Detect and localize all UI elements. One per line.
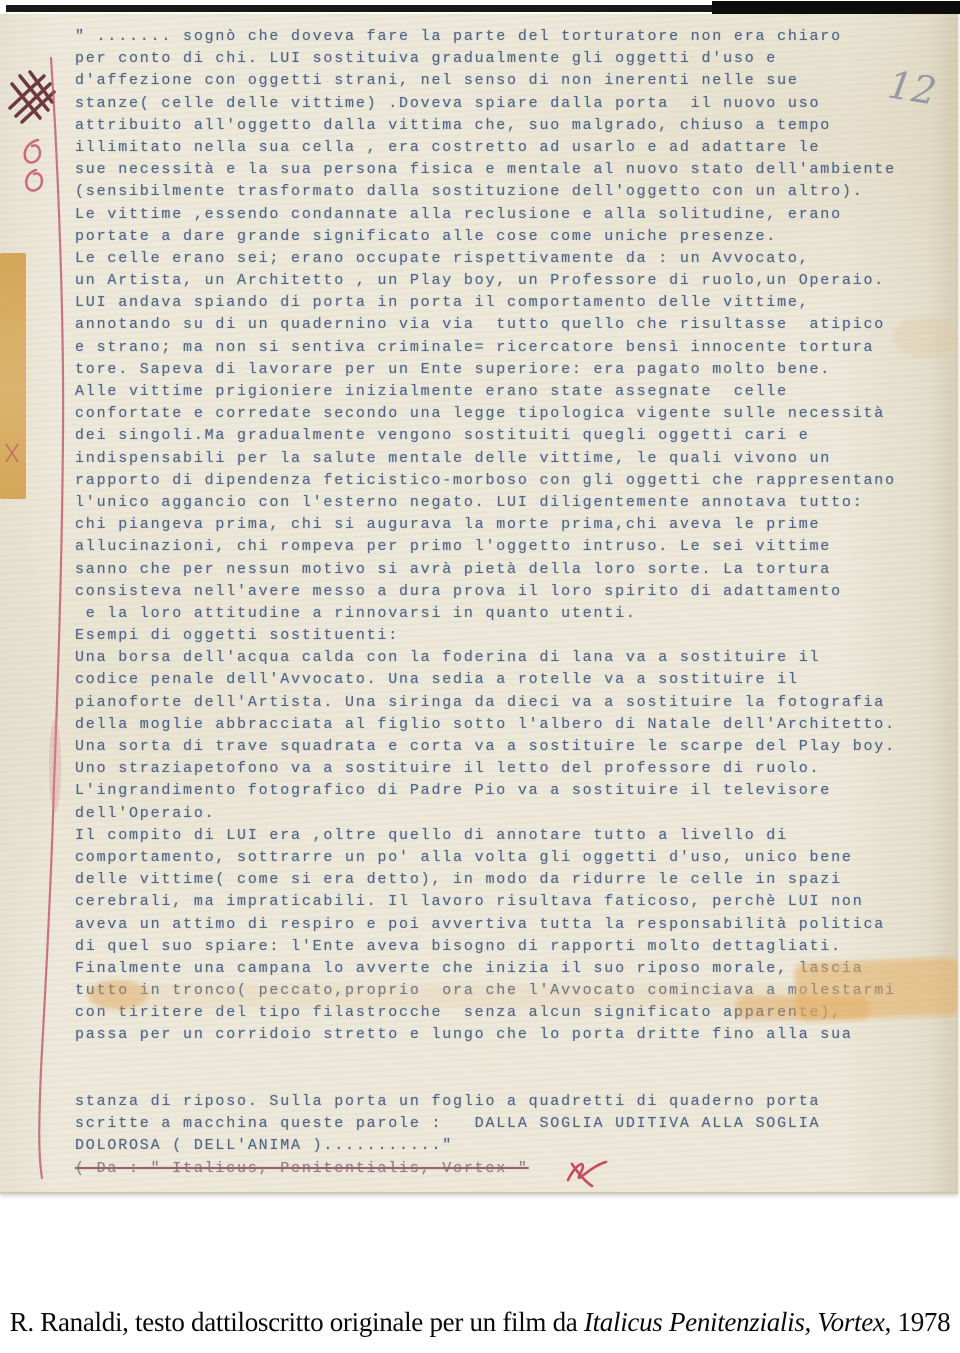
typed-line: sanno che per nessun motivo si avrà piet…	[75, 559, 958, 581]
typed-line: l'unico aggancio con l'esterno negato. L…	[75, 492, 958, 514]
typed-line: della moglie abbracciata al figlio sotto…	[75, 714, 958, 736]
typed-line: comportamento, sottrarre un po' alla vol…	[75, 847, 958, 869]
typed-line: stanze( celle delle vittime) .Doveva spi…	[75, 93, 958, 115]
typed-line	[75, 1069, 958, 1091]
typed-line: aveva un attimo di respiro e poi avverti…	[75, 914, 958, 936]
typed-line: Una sorta di trave squadrata e corta va …	[75, 736, 958, 758]
scan-edge-bar-left	[6, 5, 712, 12]
typed-line: passa per un corridoio stretto e lungo c…	[75, 1024, 958, 1046]
maroon-hatch-scribble	[10, 72, 54, 122]
caption-work-title: Italicus Penitenzialis, Vortex	[584, 1307, 885, 1337]
tape-stain-left	[88, 980, 148, 1010]
typed-line: e la loro attitudine a rinnovarsi in qua…	[75, 603, 958, 625]
typed-line: e strano; ma non si sentiva criminale= r…	[75, 337, 958, 359]
typed-line: tore. Sapeva di lavorare per un Ente sup…	[75, 359, 958, 381]
typed-line: chi piangeva prima, chi si augurava la m…	[75, 514, 958, 536]
typed-line: Il compito di LUI era ,oltre quello di a…	[75, 825, 958, 847]
tape-stain-right	[794, 957, 958, 1021]
typed-line: allucinazioni, chi rompeva per primo l'o…	[75, 536, 958, 558]
typed-line: confortate e corredate secondo una legge…	[75, 403, 958, 425]
typed-line: Esempi di oggetti sostituenti:	[75, 625, 958, 647]
typed-line	[75, 1047, 958, 1069]
typed-line: sue necessità e la sua persona fisica e …	[75, 159, 958, 181]
typed-line: DOLOROSA ( DELL'ANIMA )..........."	[75, 1135, 958, 1157]
typed-line: (sensibilmente trasformato dalla sostitu…	[75, 181, 958, 203]
typed-line: scritte a macchina queste parole : DALLA…	[75, 1113, 958, 1135]
typed-line: Le vittime ,essendo condannate alla recl…	[75, 204, 958, 226]
typed-line: di quel suo spiare: l'Ente aveva bisogno…	[75, 936, 958, 958]
typed-line: Alle vittime prigioniere inizialmente er…	[75, 381, 958, 403]
typed-line: un Artista, un Architetto , un Play boy,…	[75, 270, 958, 292]
typed-line: dei singoli.Ma gradualmente vengono sost…	[75, 425, 958, 447]
typed-line: pianoforte dell'Artista. Una siringa da …	[75, 692, 958, 714]
typed-line: rapporto di dipendenza feticistico-morbo…	[75, 470, 958, 492]
red-wavy-margin-line	[39, 58, 63, 1178]
scan-edge-bar-right	[712, 1, 960, 14]
typed-line: consisteva nell'avere messo a dura prova…	[75, 581, 958, 603]
red-loop-scribble	[25, 140, 42, 191]
typed-line: indispensabili per la salute mentale del…	[75, 448, 958, 470]
struck-source-line: ( Da : " Italicus, Penitentialis, Vortex…	[75, 1158, 958, 1180]
tape-strip	[0, 253, 26, 499]
figure-caption: R. Ranaldi, testo dattiloscritto origina…	[0, 1307, 960, 1338]
typed-line: Uno straziapetofono va a sostituire il l…	[75, 758, 958, 780]
tape-stain-middle	[140, 984, 810, 1008]
typed-line: attribuito all'oggetto dalla vittima che…	[75, 115, 958, 137]
red-line-smear	[49, 720, 61, 812]
typed-line: Le celle erano sei; erano occupate rispe…	[75, 248, 958, 270]
typed-line: L'ingrandimento fotografico di Padre Pio…	[75, 780, 958, 802]
typed-line: d'affezione con oggetti strani, nel sens…	[75, 70, 958, 92]
typed-line: stanza di riposo. Sulla porta un foglio …	[75, 1091, 958, 1113]
paper-sheet: " ....... sognò che doveva fare la parte…	[0, 14, 958, 1194]
typed-line: per conto di chi. LUI sostituiva gradual…	[75, 48, 958, 70]
typed-line: portate a dare grande significato alle c…	[75, 226, 958, 248]
typed-line: " ....... sognò che doveva fare la parte…	[75, 26, 958, 48]
typed-line: delle vittime( come si era detto), in mo…	[75, 869, 958, 891]
tape-stain-edge	[893, 316, 958, 358]
pencil-page-number: 12	[885, 62, 940, 113]
typed-line: LUI andava spiando di porta in porta il …	[75, 292, 958, 314]
typed-line: annotando su di un quadernino via via tu…	[75, 314, 958, 336]
typed-line: codice penale dell'Avvocato. Una sedia a…	[75, 669, 958, 691]
typed-line: cerebrali, ma impraticabili. Il lavoro r…	[75, 891, 958, 913]
caption-suffix: , 1978	[885, 1307, 951, 1337]
typed-line: Una borsa dell'acqua calda con la foderi…	[75, 647, 958, 669]
typed-line: illimitato nella sua cella , era costret…	[75, 137, 958, 159]
typed-line: dell'Operaio.	[75, 803, 958, 825]
scanned-document-figure: { "document": { "page_number_annotation"…	[0, 0, 960, 1353]
caption-prefix: R. Ranaldi, testo dattiloscritto origina…	[10, 1307, 584, 1337]
